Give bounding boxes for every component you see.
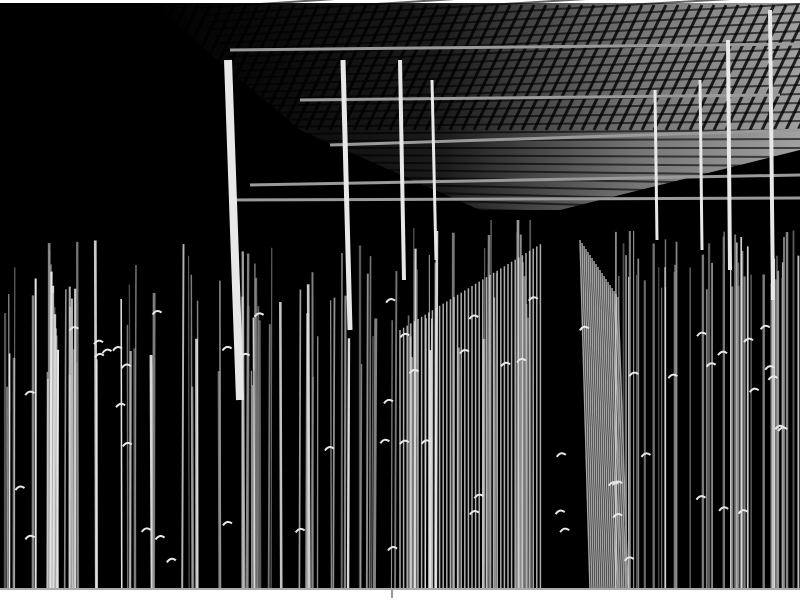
photo-canvas (0, 0, 800, 600)
greenhouse-photograph (0, 0, 800, 600)
